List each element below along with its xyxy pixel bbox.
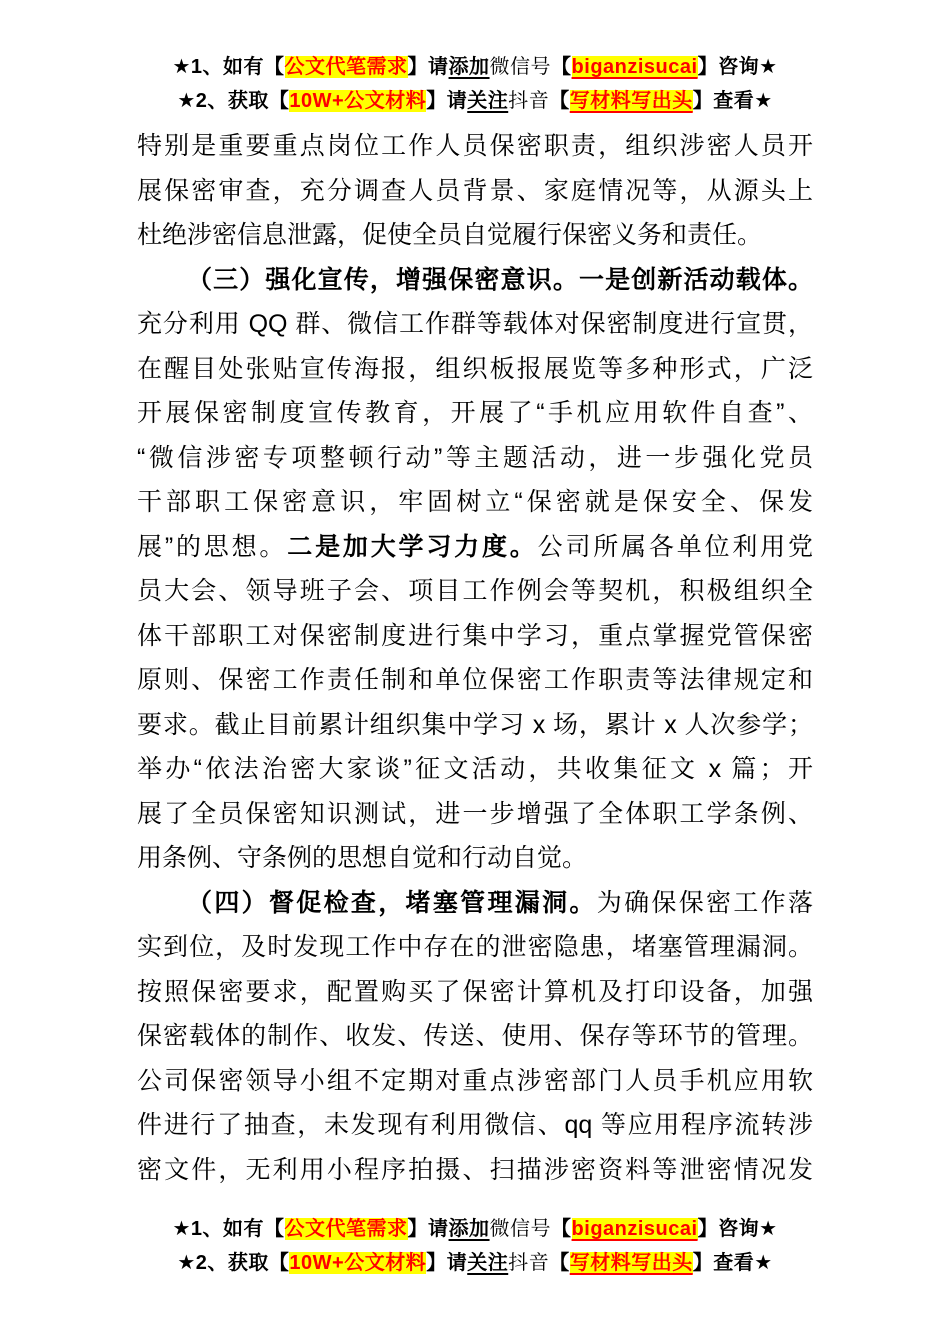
body-line: 要求。截止目前累计组织集中学习 x 场，累计 x 人次参学； [137, 703, 813, 748]
body-text: 实到位，及时发现工作中存在的泄密隐患，堵塞管理漏洞。 [137, 933, 813, 961]
body-line: 特别是重要重点岗位工作人员保密职责，组织涉密人员开 [137, 124, 813, 169]
header-line: ★2、获取【10W+公文材料】请关注抖音【写材料写出头】查看★ [0, 84, 950, 118]
keyword-gongwen-cailiao: 10W+公文材料 [289, 1252, 426, 1274]
body-text: 件进行了抽查，未发现有利用微信、qq 等应用程序流转涉 [137, 1111, 813, 1139]
body-line: 充分利用 QQ 群、微信工作群等载体对保密制度进行宣贯， [137, 302, 813, 347]
keyword-gongwen-daibi: 公文代笔需求 [285, 1218, 408, 1240]
body-line: 举办“依法治密大家谈”征文活动，共收集征文 x 篇；开 [137, 747, 813, 792]
suffix-chakan: 】查看★ [693, 1252, 773, 1274]
body-line: 展了全员保密知识测试，进一步增强了全体职工学条例、 [137, 792, 813, 837]
body-line: 体干部职工对保密制度进行集中学习，重点掌握党管保密 [137, 614, 813, 659]
body-text: “微信涉密专项整顿行动”等主题活动，进一步强化党员 [137, 444, 813, 472]
body-line: 实到位，及时发现工作中存在的泄密隐患，堵塞管理漏洞。 [137, 925, 813, 970]
body-text: 员大会、领导班子会、项目工作例会等契机，积极组织全 [137, 577, 813, 605]
section-heading-text: （四）督促检查，堵塞管理漏洞。 [187, 889, 597, 917]
header-line: ★1、如有【公文代笔需求】请添加微信号【biganzisucai】咨询★ [0, 50, 950, 84]
bracket-qing: 】请 [426, 90, 467, 112]
document-body: 特别是重要重点岗位工作人员保密职责，组织涉密人员开展保密审查，充分调查人员背景、… [137, 124, 813, 1192]
suffix-chakan: 】查看★ [693, 90, 773, 112]
body-line: 密文件，无利用小程序拍摄、扫描涉密资料等泄密情况发 [137, 1148, 813, 1193]
section-heading-text: 二是加大学习力度。 [287, 533, 537, 561]
body-text: 为确保保密工作落 [597, 889, 813, 917]
label-douyin: 抖音 [508, 90, 549, 112]
body-text: 公司保密领导小组不定期对重点涉密部门人员手机应用软 [137, 1067, 813, 1095]
action-tianjia: 添加 [449, 1218, 490, 1240]
bracket-qing: 】请 [408, 56, 449, 78]
keyword-gongwen-daibi: 公文代笔需求 [285, 56, 408, 78]
body-text: 充分利用 QQ 群、微信工作群等载体对保密制度进行宣贯， [137, 310, 813, 338]
footer-line: ★1、如有【公文代笔需求】请添加微信号【biganzisucai】咨询★ [0, 1212, 950, 1246]
page-footer: ★1、如有【公文代笔需求】请添加微信号【biganzisucai】咨询★★2、获… [0, 1212, 950, 1280]
body-line: 干部职工保密意识，牢固树立“保密就是保安全、保发 [137, 480, 813, 525]
bracket-open: 【 [549, 90, 570, 112]
body-text: 展”的思想。 [137, 533, 287, 561]
body-text: 公司所属各单位利用党 [538, 533, 813, 561]
body-line: “微信涉密专项整顿行动”等主题活动，进一步强化党员 [137, 436, 813, 481]
body-text: 体干部职工对保密制度进行集中学习，重点掌握党管保密 [137, 622, 813, 650]
action-guanzhu: 关注 [467, 90, 508, 112]
bracket-open: 【 [551, 1218, 572, 1240]
body-line: 用条例、守条例的思想自觉和行动自觉。 [137, 836, 813, 881]
body-text: 用条例、守条例的思想自觉和行动自觉。 [137, 844, 587, 872]
label-douyin: 抖音 [508, 1252, 549, 1274]
suffix-zixun: 】咨询★ [698, 1218, 778, 1240]
body-text: 举办“依法治密大家谈”征文活动，共收集征文 x 篇；开 [137, 755, 813, 783]
action-tianjia: 添加 [449, 56, 490, 78]
suffix-zixun: 】咨询★ [698, 56, 778, 78]
bracket-open: 【 [551, 56, 572, 78]
body-line: 员大会、领导班子会、项目工作例会等契机，积极组织全 [137, 569, 813, 614]
body-text: 原则、保密工作责任制和单位保密工作职责等法律规定和 [137, 666, 813, 694]
document-page: ★1、如有【公文代笔需求】请添加微信号【biganzisucai】咨询★★2、获… [0, 0, 950, 1344]
wechat-id: biganzisucai [572, 1218, 698, 1240]
body-line: 杜绝涉密信息泄露，促使全员自觉履行保密义务和责任。 [137, 213, 813, 258]
body-text: 保密载体的制作、收发、传送、使用、保存等环节的管理。 [137, 1022, 813, 1050]
body-line: 开展保密制度宣传教育，开展了“手机应用软件自查”、 [137, 391, 813, 436]
body-line: 件进行了抽查，未发现有利用微信、qq 等应用程序流转涉 [137, 1103, 813, 1148]
body-line: （四）督促检查，堵塞管理漏洞。为确保保密工作落 [137, 881, 813, 926]
action-guanzhu: 关注 [467, 1252, 508, 1274]
footer-line: ★2、获取【10W+公文材料】请关注抖音【写材料写出头】查看★ [0, 1246, 950, 1280]
body-text: 按照保密要求，配置购买了保密计算机及打印设备，加强 [137, 978, 813, 1006]
label-weixinhao: 微信号 [490, 1218, 552, 1240]
body-text: 特别是重要重点岗位工作人员保密职责，组织涉密人员开 [137, 132, 813, 160]
footer-prefix: ★1、如有【 [172, 1218, 284, 1240]
body-line: 展保密审查，充分调查人员背景、家庭情况等，从源头上 [137, 169, 813, 214]
header-prefix: ★1、如有【 [172, 56, 284, 78]
bracket-qing: 】请 [426, 1252, 467, 1274]
body-line: 按照保密要求，配置购买了保密计算机及打印设备，加强 [137, 970, 813, 1015]
footer-prefix: ★2、获取【 [177, 1252, 289, 1274]
body-text: 展了全员保密知识测试，进一步增强了全体职工学条例、 [137, 800, 813, 828]
body-text: 干部职工保密意识，牢固树立“保密就是保安全、保发 [137, 488, 813, 516]
body-line: 公司保密领导小组不定期对重点涉密部门人员手机应用软 [137, 1059, 813, 1104]
douyin-account: 写材料写出头 [570, 1252, 693, 1274]
label-weixinhao: 微信号 [490, 56, 552, 78]
douyin-account: 写材料写出头 [570, 90, 693, 112]
body-text: 密文件，无利用小程序拍摄、扫描涉密资料等泄密情况发 [137, 1156, 813, 1184]
body-line: （三）强化宣传，增强保密意识。一是创新活动载体。 [137, 258, 813, 303]
body-text: 展保密审查，充分调查人员背景、家庭情况等，从源头上 [137, 177, 813, 205]
section-heading-text: （三）强化宣传，增强保密意识。一是创新活动载体。 [187, 266, 813, 294]
wechat-id: biganzisucai [572, 56, 698, 78]
body-line: 展”的思想。二是加大学习力度。公司所属各单位利用党 [137, 525, 813, 570]
header-prefix: ★2、获取【 [177, 90, 289, 112]
bracket-open: 【 [549, 1252, 570, 1274]
body-line: 保密载体的制作、收发、传送、使用、保存等环节的管理。 [137, 1014, 813, 1059]
body-text: 在醒目处张贴宣传海报，组织板报展览等多种形式，广泛 [137, 355, 813, 383]
body-text: 开展保密制度宣传教育，开展了“手机应用软件自查”、 [137, 399, 813, 427]
body-line: 在醒目处张贴宣传海报，组织板报展览等多种形式，广泛 [137, 347, 813, 392]
keyword-gongwen-cailiao: 10W+公文材料 [289, 90, 426, 112]
body-text: 杜绝涉密信息泄露，促使全员自觉履行保密义务和责任。 [137, 221, 762, 249]
body-line: 原则、保密工作责任制和单位保密工作职责等法律规定和 [137, 658, 813, 703]
body-text: 要求。截止目前累计组织集中学习 x 场，累计 x 人次参学； [137, 711, 813, 739]
page-header: ★1、如有【公文代笔需求】请添加微信号【biganzisucai】咨询★★2、获… [0, 0, 950, 118]
bracket-qing: 】请 [408, 1218, 449, 1240]
